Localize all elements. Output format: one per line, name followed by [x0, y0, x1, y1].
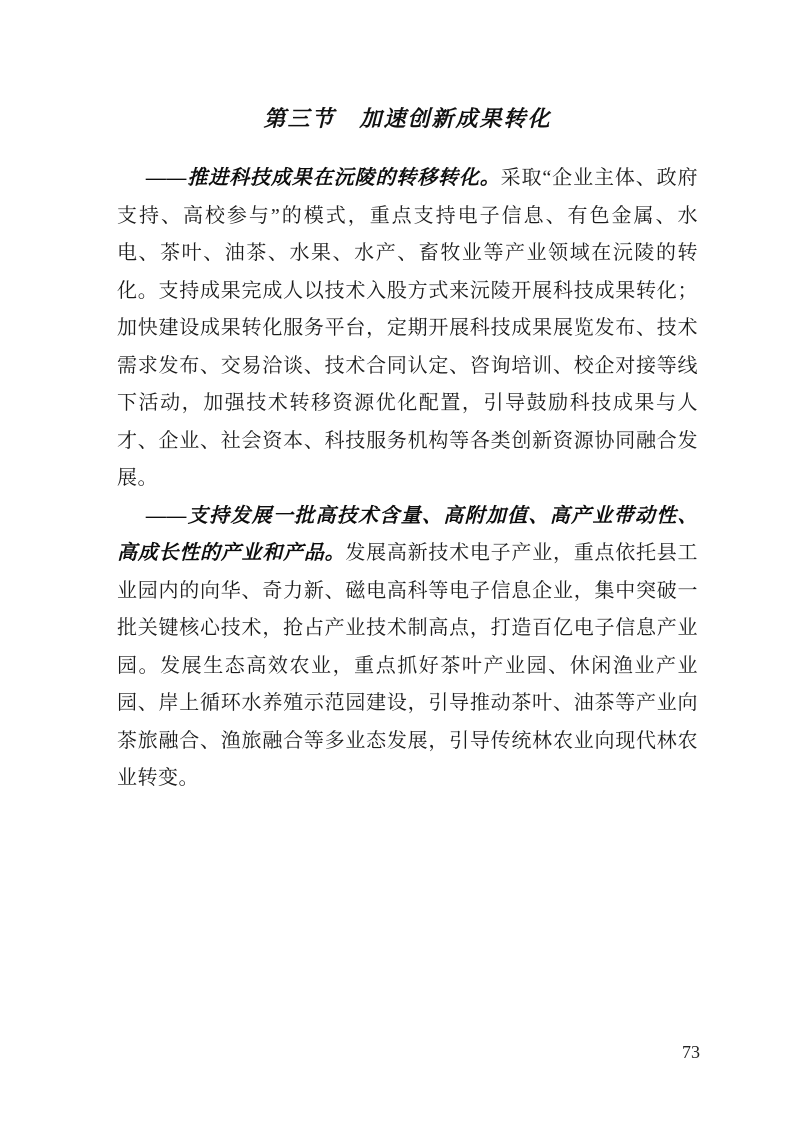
paragraph-2: ——支持发展一批高技术含量、高附加值、高产业带动性、高成长性的产业和产品。发展高… — [117, 498, 698, 798]
paragraph-2-body: 发展高新技术电子产业，重点依托县工业园内的向华、奇力新、磁电高科等电子信息企业，… — [117, 542, 698, 789]
document-page: 第三节 加速创新成果转化 ——推进科技成果在沅陵的转移转化。采取“企业主体、政府… — [0, 0, 793, 1122]
paragraph-1: ——推进科技成果在沅陵的转移转化。采取“企业主体、政府支持、高校参与”的模式，重… — [117, 160, 698, 498]
paragraph-1-body: 采取“企业主体、政府支持、高校参与”的模式，重点支持电子信息、有色金属、水电、茶… — [117, 167, 698, 489]
page-content: 第三节 加速创新成果转化 ——推进科技成果在沅陵的转移转化。采取“企业主体、政府… — [117, 104, 698, 798]
page-number: 73 — [682, 1041, 700, 1063]
section-title: 第三节 加速创新成果转化 — [117, 104, 698, 134]
paragraph-1-lead: ——推进科技成果在沅陵的转移转化。 — [146, 167, 501, 189]
